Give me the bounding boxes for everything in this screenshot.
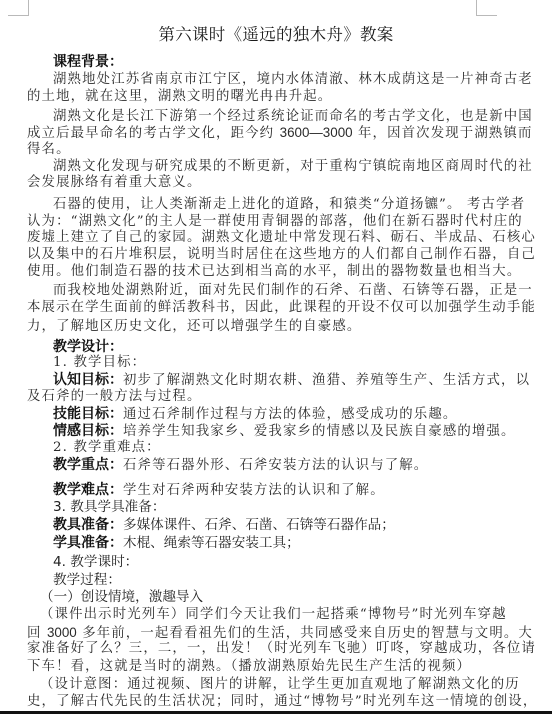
key-point-text: 石斧等石器外形、石斧安装方法的认识与了解。 <box>123 458 428 473</box>
difficult-point-line: 教学难点：学生对石斧两种安装方法的认识和了解。 <box>53 481 507 499</box>
paragraph-line: 会发展脉络有着重大意义。 <box>27 174 507 192</box>
skill-goal-label: 技能目标： <box>53 406 123 422</box>
hours-heading: 4. 教学课时： <box>53 553 507 571</box>
text-segment: 多年前，一起看看祖先们的生活，共同感受来自历史的智慧与文明。大 <box>82 626 533 641</box>
paragraph-line: 湖熟地处江苏省南京市江宁区，境内水体清澈、林木成荫这是一片神奇古老 <box>53 71 507 89</box>
text-segment: 回 <box>27 626 42 641</box>
paragraph-line: 得名。 <box>27 141 507 159</box>
paragraph-line: 及石斧的一般方法与过程。 <box>27 388 507 406</box>
crop-mark-top-left <box>8 0 29 16</box>
paragraph-line: 以及集中的石片堆积层，说明当时居住在这些地方的人们都自己制作石器，自己 <box>27 246 507 264</box>
paragraph-line: 史，了解古代先民的生活状况；同时，通过“博物号”时光列车这一情境的创设， <box>27 693 507 711</box>
background-heading: 课程背景： <box>53 53 507 71</box>
text-segment: 成立后最早命名的考古学文化，距今约 <box>27 126 274 141</box>
paragraph-line: 家准备好了么？三，二，一，出发！（时光列车飞驰）叮咚，穿越成功，各位请 <box>27 640 507 658</box>
teacher-prep-line: 教具准备：多媒体课件、石斧、石凿、石锛等石器作品； <box>53 516 507 534</box>
cognitive-goal-label: 认知目标： <box>53 372 123 388</box>
paragraph-line: 使用。他们制造石器的技术已达到相当高的水平，制出的器物数量也相当大。 <box>27 263 507 281</box>
paragraph-line: 成立后最早命名的考古学文化，距今约 3600—3000 年，因首次发现于湖熟镇而 <box>27 124 507 142</box>
difficult-point-text: 学生对石斧两种安装方法的认识和了解。 <box>123 483 385 498</box>
paragraph-line: 废墟上建立了自己的家园。湖熟文化遗址中常发现石料、砺石、半成品、石核心 <box>27 229 507 247</box>
student-prep-text: 木棍、绳索等石器安装工具； <box>123 535 300 551</box>
key-point-line: 教学重点：石斧等石器外形、石斧安装方法的认识与了解。 <box>53 456 507 474</box>
goals-heading: 1. 教学目标： <box>53 354 507 372</box>
key-point-label: 教学重点： <box>53 457 123 473</box>
process-heading: 教学过程： <box>53 571 507 589</box>
skill-goal-line: 技能目标：通过石斧制作过程与方法的体验，感受成功的乐趣。 <box>53 405 507 423</box>
document-title: 第六课时《遥远的独木舟》教案 <box>0 24 552 46</box>
paragraph-line: 而我校地处湖熟附近，面对先民们制作的石斧、石凿、石锛等石器，正是一 <box>53 282 507 300</box>
emotion-goal-text: 培养学生知我家乡、爱我家乡的情感以及民族自豪感的增强。 <box>123 424 516 439</box>
teacher-prep-label: 教具准备： <box>53 517 123 533</box>
skill-goal-text: 通过石斧制作过程与方法的体验，感受成功的乐趣。 <box>123 407 457 422</box>
paragraph-line: （课件出示时光列车）同学们今天让我们一起搭乘“博物号”时光列车穿越 <box>40 606 520 624</box>
cognitive-goal-text: 初步了解湖熟文化时期农耕、渔猎、养殖等生产、生活方式，以 <box>123 373 530 388</box>
paragraph-line: （设计意图：通过视频、图片的讲解，让学生更加直观地了解湖熟文化的历 <box>40 676 520 694</box>
paragraph-line: 下车！看，这就是当时的湖熟。（播放湖熟原始先民生产生活的视频） <box>27 658 507 676</box>
teacher-prep-text: 多媒体课件、石斧、石凿、石锛等石器作品； <box>123 517 395 533</box>
document-page: 第六课时《遥远的独木舟》教案 课程背景： 湖熟地处江苏省南京市江宁区，境内水体清… <box>0 0 552 714</box>
paragraph-line: 本展示在学生面前的鲜活教科书，因此，此课程的开设不仅可以加强学生动手能 <box>27 299 507 317</box>
student-prep-label: 学具准备： <box>53 535 123 551</box>
paragraph-line: 石器的使用，让人类渐渐走上进化的道路，和猿类“分道扬镳”。 考古学者 <box>53 196 507 214</box>
emotion-goal-line: 情感目标：培养学生知我家乡、爱我家乡的情感以及民族自豪感的增强。 <box>53 422 507 440</box>
prep-heading: 3. 教具学具准备： <box>53 498 507 516</box>
key-points-heading: 2. 教学重难点： <box>53 439 507 457</box>
section1-heading: （一）创设情境，激趣导入 <box>40 588 520 606</box>
year-count: 3000 <box>47 625 77 640</box>
crop-mark-top-right <box>476 0 497 16</box>
text-segment: 年，因首次发现于湖熟镇而 <box>358 126 533 141</box>
emotion-goal-label: 情感目标： <box>53 423 123 439</box>
difficult-point-label: 教学难点： <box>53 482 123 498</box>
date-range: 3600—3000 <box>280 125 353 140</box>
student-prep-line: 学具准备：木棍、绳索等石器安装工具； <box>53 534 507 552</box>
cognitive-goal-line: 认知目标：初步了解湖熟文化时期农耕、渔猎、养殖等生产、生活方式，以 <box>53 371 507 389</box>
paragraph-line: 力，了解地区历史文化，还可以增强学生的自豪感。 <box>27 318 507 336</box>
paragraph-line: 的土地，就在这里，湖熟文明的曙光冉冉升起。 <box>27 88 507 106</box>
